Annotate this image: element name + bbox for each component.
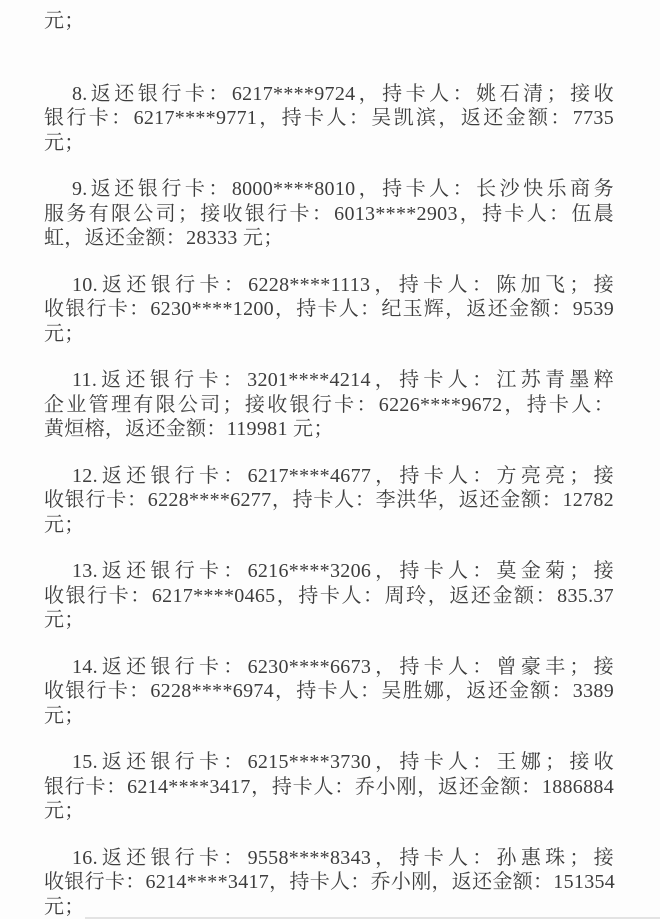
case-item-9: 9.返还银行卡：8000****8010，持卡人：长沙快乐商务 服务有限公司；接… — [44, 177, 614, 251]
item-line: 8.返还银行卡：6217****9724，持卡人：姚石清；接收 — [44, 82, 614, 107]
item-line: 元； — [44, 608, 614, 633]
previous-item-continuation-line: 元； — [44, 9, 614, 34]
case-item-14: 14.返还银行卡：6230****6673，持卡人：曾豪丰；接 收银行卡：622… — [44, 655, 614, 729]
item-line: 黄烜榕，返还金额：119981 元； — [44, 417, 614, 442]
item-line: 服务有限公司；接收银行卡：6013****2903，持卡人：伍晨 — [44, 202, 614, 227]
item-line: 收银行卡：6230****1200，持卡人：纪玉辉，返还金额：9539 — [44, 297, 614, 322]
case-item-15: 15.返还银行卡：6215****3730，持卡人：王娜；接收 银行卡：6214… — [44, 750, 614, 824]
item-line: 16.返还银行卡：9558****8343，持卡人：孙惠珠；接 — [44, 846, 614, 871]
document-page: 元； 8.返还银行卡：6217****9724，持卡人：姚石清；接收 银行卡：6… — [0, 0, 660, 919]
item-line: 12.返还银行卡：6217****4677，持卡人：方亮亮；接 — [44, 464, 614, 489]
item-line: 企业管理有限公司；接收银行卡：6226****9672，持卡人： — [44, 393, 614, 418]
case-item-8: 8.返还银行卡：6217****9724，持卡人：姚石清；接收 银行卡：6217… — [44, 82, 614, 156]
case-item-12: 12.返还银行卡：6217****4677，持卡人：方亮亮；接 收银行卡：622… — [44, 464, 614, 538]
item-line: 10.返还银行卡：6228****1113，持卡人：陈加飞；接 — [44, 273, 614, 298]
item-line: 元； — [44, 322, 614, 347]
item-line: 元； — [44, 704, 614, 729]
item-line: 13.返还银行卡：6216****3206，持卡人：莫金菊；接 — [44, 559, 614, 584]
case-item-11: 11.返还银行卡：3201****4214，持卡人：江苏青墨粹 企业管理有限公司… — [44, 368, 614, 442]
case-item-16: 16.返还银行卡：9558****8343，持卡人：孙惠珠；接 收银行卡：621… — [44, 846, 614, 919]
item-line: 14.返还银行卡：6230****6673，持卡人：曾豪丰；接 — [44, 655, 614, 680]
item-line: 收银行卡：6228****6974，持卡人：吴胜娜，返还金额：3389 — [44, 679, 614, 704]
item-line: 元； — [44, 799, 614, 824]
item-line: 收银行卡：6217****0465，持卡人：周玲，返还金额：835.37 — [44, 584, 614, 609]
item-line: 元； — [44, 131, 614, 156]
item-line: 收银行卡：6214****3417，持卡人：乔小刚，返还金额：151354 — [44, 870, 614, 895]
case-item-13: 13.返还银行卡：6216****3206，持卡人：莫金菊；接 收银行卡：621… — [44, 559, 614, 633]
item-line: 收银行卡：6228****6277，持卡人：李洪华，返还金额：12782 — [44, 488, 614, 513]
item-line: 15.返还银行卡：6215****3730，持卡人：王娜；接收 — [44, 750, 614, 775]
item-line: 9.返还银行卡：8000****8010，持卡人：长沙快乐商务 — [44, 177, 614, 202]
item-line: 11.返还银行卡：3201****4214，持卡人：江苏青墨粹 — [44, 368, 614, 393]
item-line: 银行卡：6217****9771，持卡人：吴凯滨，返还金额：7735 — [44, 106, 614, 131]
item-line: 虹，返还金额：28333 元； — [44, 226, 614, 251]
case-item-10: 10.返还银行卡：6228****1113，持卡人：陈加飞；接 收银行卡：623… — [44, 273, 614, 347]
item-line: 元； — [44, 513, 614, 538]
item-line: 元； — [44, 895, 614, 919]
item-line: 银行卡：6214****3417，持卡人：乔小刚，返还金额：1886884 — [44, 775, 614, 800]
